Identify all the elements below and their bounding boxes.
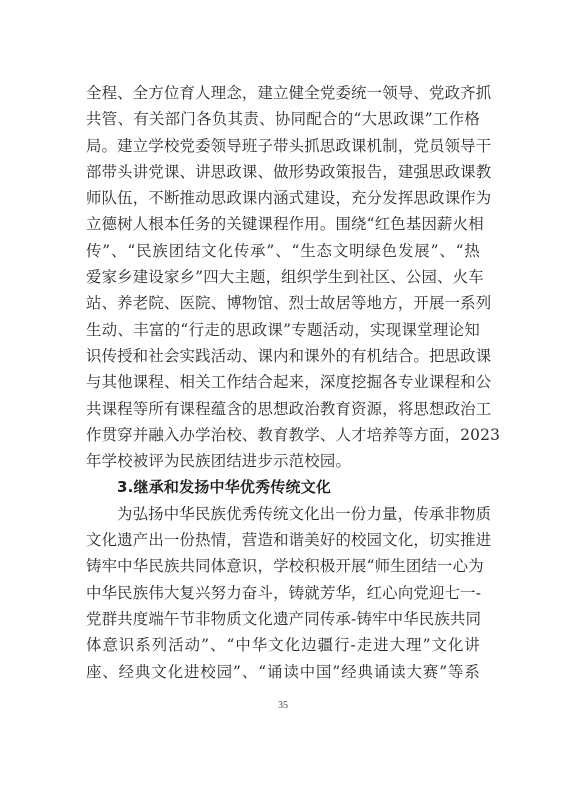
text-line: 为弘扬中华民族优秀传统文化出一份力量，传承非物质 [86, 501, 480, 527]
text-line: 文化遗产出一份热情，营造和谐美好的校园文化，切实推进 [86, 527, 480, 553]
text-line: 作贯穿并融入办学治校、教育教学、人才培养等方面，2023 [86, 422, 480, 448]
body-text: 全程、全方位育人理念，建立健全党委统一领导、党政齐抓 共管、有关部门各负其责、协… [86, 80, 480, 685]
text-line: 识传授和社会实践活动、课内和课外的有机结合。把思政课 [86, 343, 480, 369]
text-line: 铸牢中华民族共同体意识，学校积极开展“师生团结一心为 [86, 553, 480, 579]
text-line: 党群共度端午节非物质文化遗产同传承-铸牢中华民族共同 [86, 606, 480, 632]
text-line: 传”、“民族团结文化传承”、“生态文明绿色发展”、“热 [86, 238, 480, 264]
text-line: 年学校被评为民族团结进步示范校园。 [86, 448, 480, 474]
text-line: 爱家乡建设家乡”四大主题，组织学生到社区、公园、火车 [86, 264, 480, 290]
section-heading: 3.继承和发扬中华优秀传统文化 [86, 474, 480, 500]
text-line: 部带头讲党课、讲思政课、做形势政策报告，建强思政课教 [86, 159, 480, 185]
text-line: 局。建立学校党委领导班子带头抓思政课机制，党员领导干 [86, 133, 480, 159]
text-line: 师队伍，不断推动思政课内涵式建设，充分发挥思政课作为 [86, 185, 480, 211]
text-line: 座、经典文化进校园”、“诵读中国”经典诵读大赛”等系 [86, 659, 480, 685]
text-line: 体意识系列活动”、“中华文化边疆行-走进大理”文化讲 [86, 632, 480, 658]
text-line: 站、养老院、医院、博物馆、烈士故居等地方，开展一系列 [86, 290, 480, 316]
text-line: 共课程等所有课程蕴含的思想政治教育资源，将思想政治工 [86, 396, 480, 422]
document-page: 全程、全方位育人理念，建立健全党委统一领导、党政齐抓 共管、有关部门各负其责、协… [0, 0, 566, 800]
text-line: 生动、丰富的“行走的思政课”专题活动，实现课堂理论知 [86, 317, 480, 343]
text-line: 中华民族伟大复兴努力奋斗，铸就芳华，红心向党迎七一- [86, 580, 480, 606]
text-line: 共管、有关部门各负其责、协同配合的“大思政课”工作格 [86, 106, 480, 132]
text-line: 全程、全方位育人理念，建立健全党委统一领导、党政齐抓 [86, 80, 480, 106]
text-line: 与其他课程、相关工作结合起来，深度挖掘各专业课程和公 [86, 369, 480, 395]
text-line: 立德树人根本任务的关键课程作用。围绕“红色基因薪火相 [86, 211, 480, 237]
page-number: 35 [0, 700, 566, 711]
